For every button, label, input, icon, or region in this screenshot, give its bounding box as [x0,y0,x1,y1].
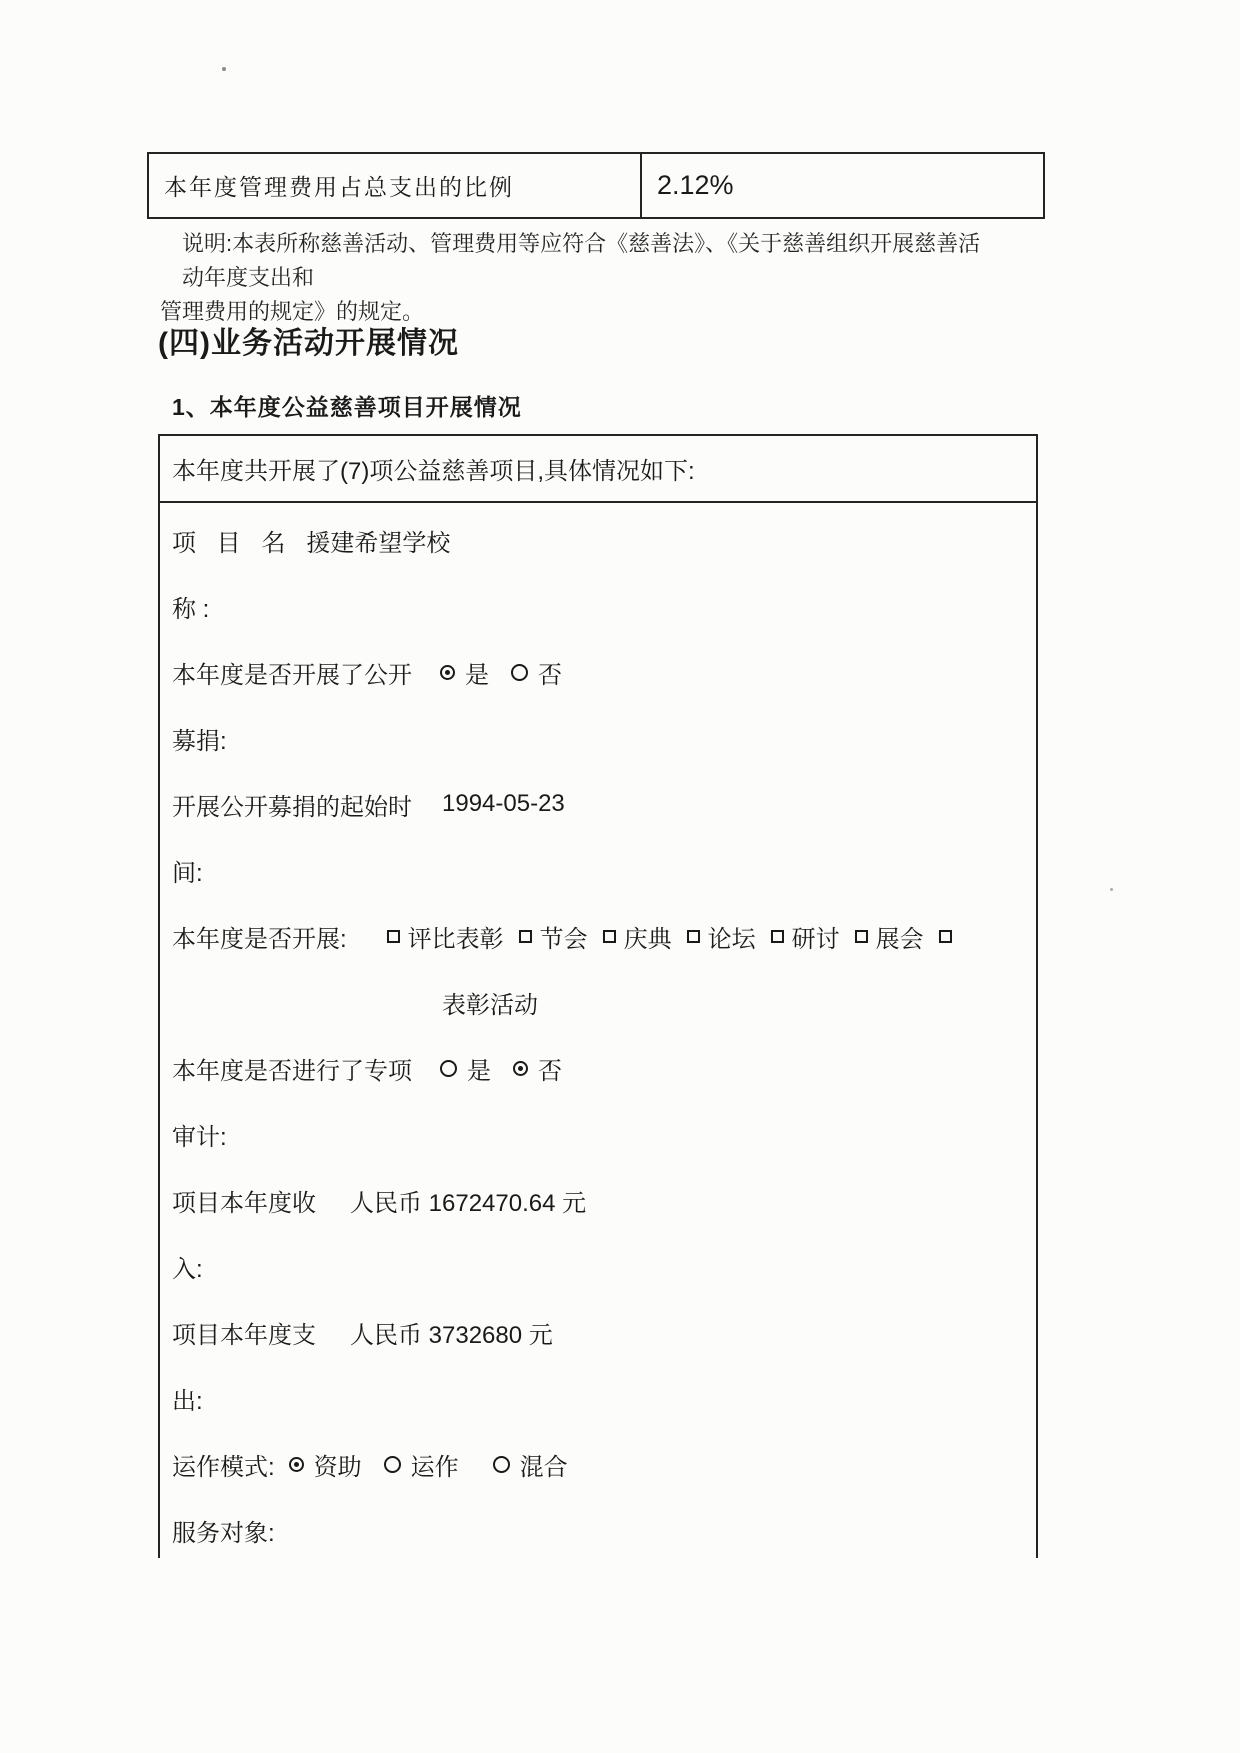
special-audit-radio-group: 是 否 [440,1051,562,1086]
special-audit-line: 本年度是否进行了专项 是 否 [160,1035,1036,1101]
project-detail-cell: 项 目 名 援建希望学校 称 : 本年度是否开展了公开 是 否 [160,503,1036,1563]
activities-label: 本年度是否开展: [172,919,347,954]
radio-unselected-icon[interactable] [511,664,528,681]
annual-expense-label-2: 出: [172,1381,203,1416]
radio-option-yes[interactable]: 是 [440,1051,491,1086]
checkbox-icon[interactable] [603,930,616,943]
radio-option-label: 资助 [314,1447,362,1482]
public-fundraising-radio-group: 是 否 [440,655,562,690]
project-summary-row: 本年度共开展了(7)项公益慈善项目,具体情况如下: [160,436,1036,503]
annual-expense-value: 人民币 3732680 元 [350,1315,553,1350]
expense-ratio-value: 2.12% [642,154,1043,217]
annual-expense-label: 项目本年度支 [172,1315,316,1350]
radio-option-label: 是 [465,655,489,690]
radio-option-no[interactable]: 否 [511,655,562,690]
operation-mode-radio-group: 资助 运作 混合 [289,1447,568,1482]
radio-selected-icon[interactable] [289,1457,304,1472]
annual-expense-label-wrap: 出: [160,1365,1036,1431]
radio-option-no[interactable]: 否 [513,1051,562,1086]
checkbox-option[interactable]: 评比表彰 [387,919,504,954]
radio-selected-icon[interactable] [440,665,455,680]
activities-wrapped-label-line: 表彰活动 [160,969,1036,1035]
annual-income-label: 项目本年度收 [172,1183,316,1218]
project-name-value: 援建希望学校 [306,523,450,558]
checkbox-option[interactable]: 论坛 [687,919,756,954]
operation-mode-label: 运作模式: [172,1447,275,1482]
fundraising-start-label-wrap: 间: [160,837,1036,903]
service-target-line: 服务对象: [160,1497,1036,1563]
scanned-document-page: 本年度管理费用占总支出的比例 2.12% 说明:本表所称慈善活动、管理费用等应符… [0,0,1240,1753]
public-fundraising-label-wrap: 募捐: [160,705,1036,771]
project-name-label: 项 目 名 [172,523,285,558]
checkbox-icon[interactable] [855,930,868,943]
checkbox-option[interactable]: 节会 [519,919,588,954]
radio-unselected-icon[interactable] [440,1060,457,1077]
checkbox-option-label: 节会 [540,919,588,954]
checkbox-option-label: 展会 [876,919,924,954]
checkbox-icon[interactable] [771,930,784,943]
project-name-label-2: 称 : [172,589,209,624]
annual-expense-line: 项目本年度支 人民币 3732680 元 [160,1299,1036,1365]
annual-income-line: 项目本年度收 人民币 1672470.64 元 [160,1167,1036,1233]
fundraising-start-line: 开展公开募捐的起始时 1994-05-23 [160,771,1036,837]
radio-selected-icon[interactable] [513,1061,528,1076]
radio-option-mixed[interactable]: 混合 [493,1447,568,1482]
activities-line: 本年度是否开展: 评比表彰 节会 庆典 [160,903,1036,969]
public-fundraising-label: 本年度是否开展了公开 [172,655,412,690]
special-audit-label-2: 审计: [172,1117,227,1152]
scan-speck [1110,888,1113,891]
radio-option-label: 运作 [411,1447,459,1482]
activities-checkbox-group: 评比表彰 节会 庆典 论坛 [387,919,952,954]
radio-unselected-icon[interactable] [384,1456,401,1473]
fundraising-start-date: 1994-05-23 [442,790,565,818]
radio-option-operating[interactable]: 运作 [384,1447,459,1482]
checkbox-option[interactable]: 研讨 [771,919,840,954]
checkbox-option[interactable] [939,930,952,943]
checkbox-option-label: 研讨 [792,919,840,954]
charity-project-table: 本年度共开展了(7)项公益慈善项目,具体情况如下: 项 目 名 援建希望学校 称… [158,434,1038,1558]
note-line-1: 说明:本表所称慈善活动、管理费用等应符合《慈善法》、《关于慈善组织开展慈善活动年… [160,227,990,295]
operation-mode-line: 运作模式: 资助 运作 混合 [160,1431,1036,1497]
radio-option-label: 混合 [520,1447,568,1482]
radio-unselected-icon[interactable] [493,1456,510,1473]
sub-heading: 1、本年度公益慈善项目开展情况 [172,389,522,422]
checkbox-option-label: 表彰活动 [442,985,538,1020]
table-note: 说明:本表所称慈善活动、管理费用等应符合《慈善法》、《关于慈善组织开展慈善活动年… [160,227,990,329]
service-target-label: 服务对象: [172,1513,275,1548]
checkbox-option[interactable]: 庆典 [603,919,672,954]
checkbox-icon[interactable] [519,930,532,943]
fundraising-start-label: 开展公开募捐的起始时 [172,787,412,822]
special-audit-label: 本年度是否进行了专项 [172,1051,412,1086]
radio-option-label: 是 [467,1051,491,1086]
checkbox-option-label: 论坛 [708,919,756,954]
scan-speck [222,67,226,71]
project-name-line: 项 目 名 援建希望学校 [160,507,1036,573]
checkbox-icon[interactable] [687,930,700,943]
radio-option-label: 否 [538,655,562,690]
checkbox-option[interactable]: 展会 [855,919,924,954]
annual-income-value: 人民币 1672470.64 元 [350,1183,586,1218]
public-fundraising-label-2: 募捐: [172,721,227,756]
checkbox-icon[interactable] [387,930,400,943]
annual-income-label-2: 入: [172,1249,203,1284]
management-expense-ratio-table: 本年度管理费用占总支出的比例 2.12% [147,152,1045,219]
radio-option-label: 否 [538,1051,562,1086]
special-audit-label-wrap: 审计: [160,1101,1036,1167]
radio-option-yes[interactable]: 是 [440,655,489,690]
checkbox-option-label: 庆典 [624,919,672,954]
checkbox-icon[interactable] [939,930,952,943]
checkbox-option-label: 评比表彰 [408,919,504,954]
fundraising-start-label-2: 间: [172,853,203,888]
section-heading: (四)业务活动开展情况 [158,318,459,362]
project-name-label-wrap: 称 : [160,573,1036,639]
expense-ratio-label: 本年度管理费用占总支出的比例 [149,154,642,217]
radio-option-funding[interactable]: 资助 [289,1447,362,1482]
annual-income-label-wrap: 入: [160,1233,1036,1299]
public-fundraising-line: 本年度是否开展了公开 是 否 [160,639,1036,705]
